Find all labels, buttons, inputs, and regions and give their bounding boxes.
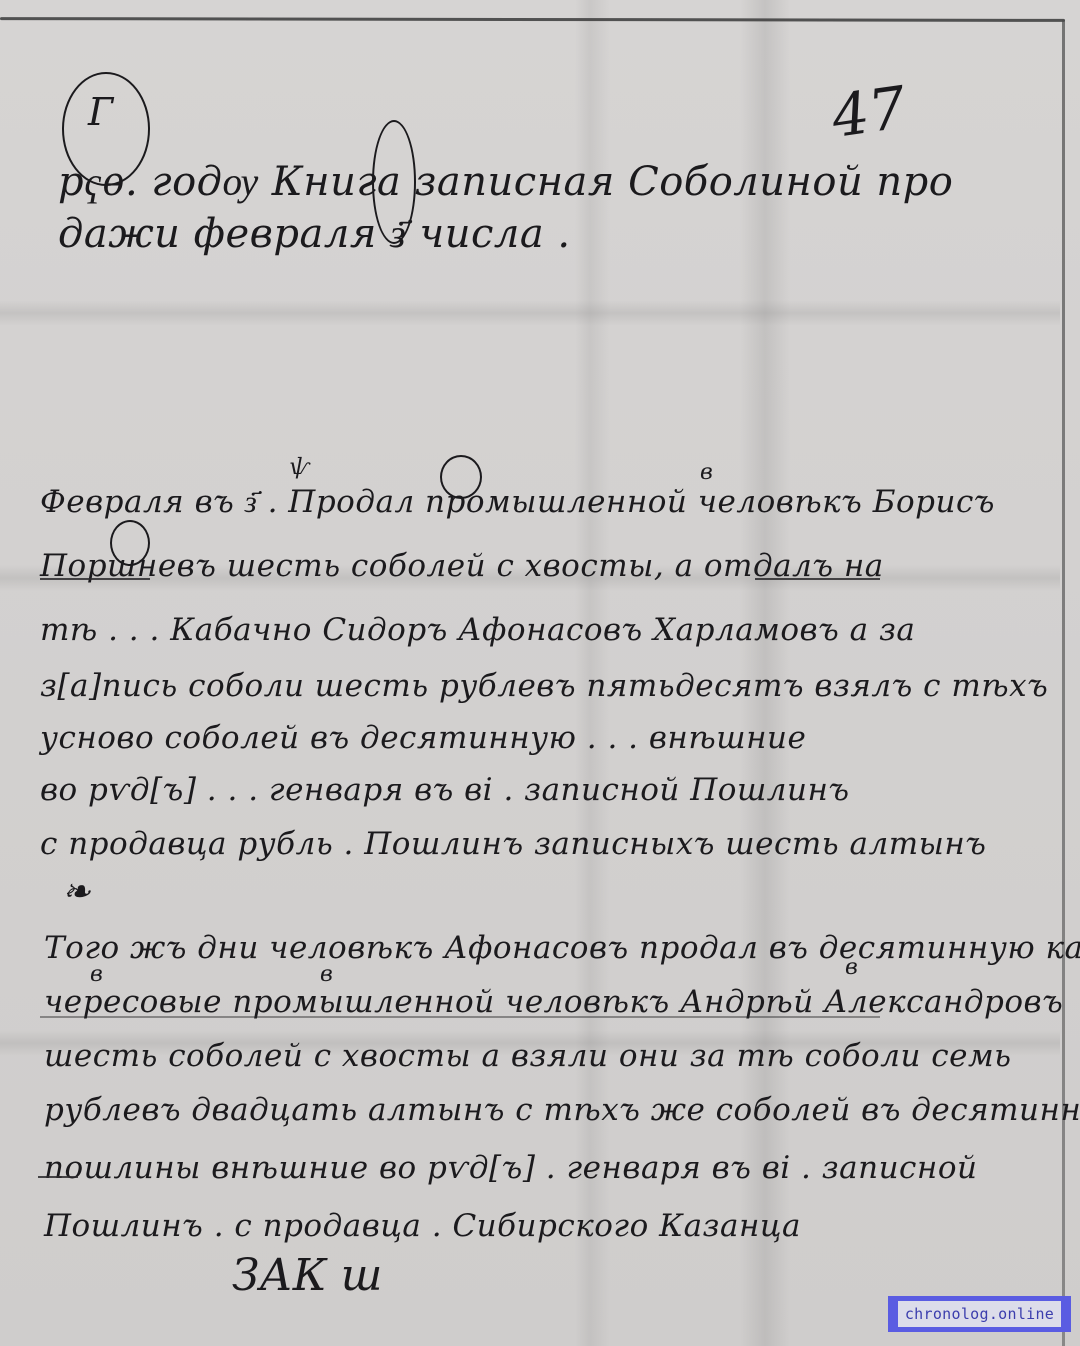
entry-1-line-4: з[а]пись соболи шесть рублевъ пятьдесятъ…	[40, 668, 1048, 704]
underline-stroke	[40, 1016, 880, 1018]
entry-1-line-1: Февраля въ з҃ . Продал промышленной чело…	[40, 484, 995, 520]
entry-2-line-5: пошлины внѣшние во рѵд[ъ] . генваря въ в…	[44, 1150, 977, 1186]
paper-right-edge	[1062, 20, 1065, 1346]
entry-2-line-2: чересовые промышленной человѣкъ Андрѣй А…	[44, 984, 1063, 1020]
watermark-text: chronolog.online	[898, 1301, 1061, 1327]
underline-stroke	[755, 578, 880, 580]
watermark-badge: chronolog.online	[888, 1296, 1071, 1332]
manuscript-page: Г 47 рҁѳ. годѹ Книга записная Соболиной …	[0, 0, 1080, 1346]
heading-line-2: дажи февраля з҃ числа .	[58, 210, 571, 257]
heading-line-1: рҁѳ. годѹ Книга записная Соболиной про	[58, 158, 953, 205]
entry-1-line-5: усново соболей въ десятинную . . . внѣшн…	[40, 720, 806, 756]
entry-2-line-6: Пошлинъ . с продавца . Сибирского Казанц…	[44, 1208, 801, 1244]
entry-2-line-1: Того жъ дни человѣкъ Афонасовъ продал въ…	[44, 930, 1080, 966]
underline-stroke	[38, 1176, 78, 1178]
entry-1-line-6: во рѵд[ъ] . . . генваря въ ві . записной…	[40, 772, 850, 808]
separator-flourish: ❧	[62, 872, 91, 912]
margin-mark: Г	[88, 90, 113, 134]
scribe-signature: ЗАК ш	[232, 1250, 382, 1301]
heading-flourish	[372, 120, 416, 244]
folio-number: 47	[828, 73, 911, 151]
entry-2-line-4: рублевъ двадцать алтынъ с тѣхъ же соболе…	[44, 1092, 1080, 1128]
entry-1-line-7: с продавца рубль . Пошлинъ записныхъ шес…	[40, 826, 986, 862]
paper-top-edge	[0, 17, 1065, 22]
superscript-mark: в	[700, 460, 713, 485]
superscript-mark: ѱ	[290, 455, 310, 480]
paper-fold-line	[0, 300, 1060, 326]
entry-2-line-3: шесть соболей с хвосты а взяли они за тѣ…	[44, 1038, 1012, 1074]
entry-1-line-3: тѣ . . . Кабачно Сидоръ Афонасовъ Харлам…	[40, 612, 915, 648]
underline-stroke	[40, 578, 150, 580]
